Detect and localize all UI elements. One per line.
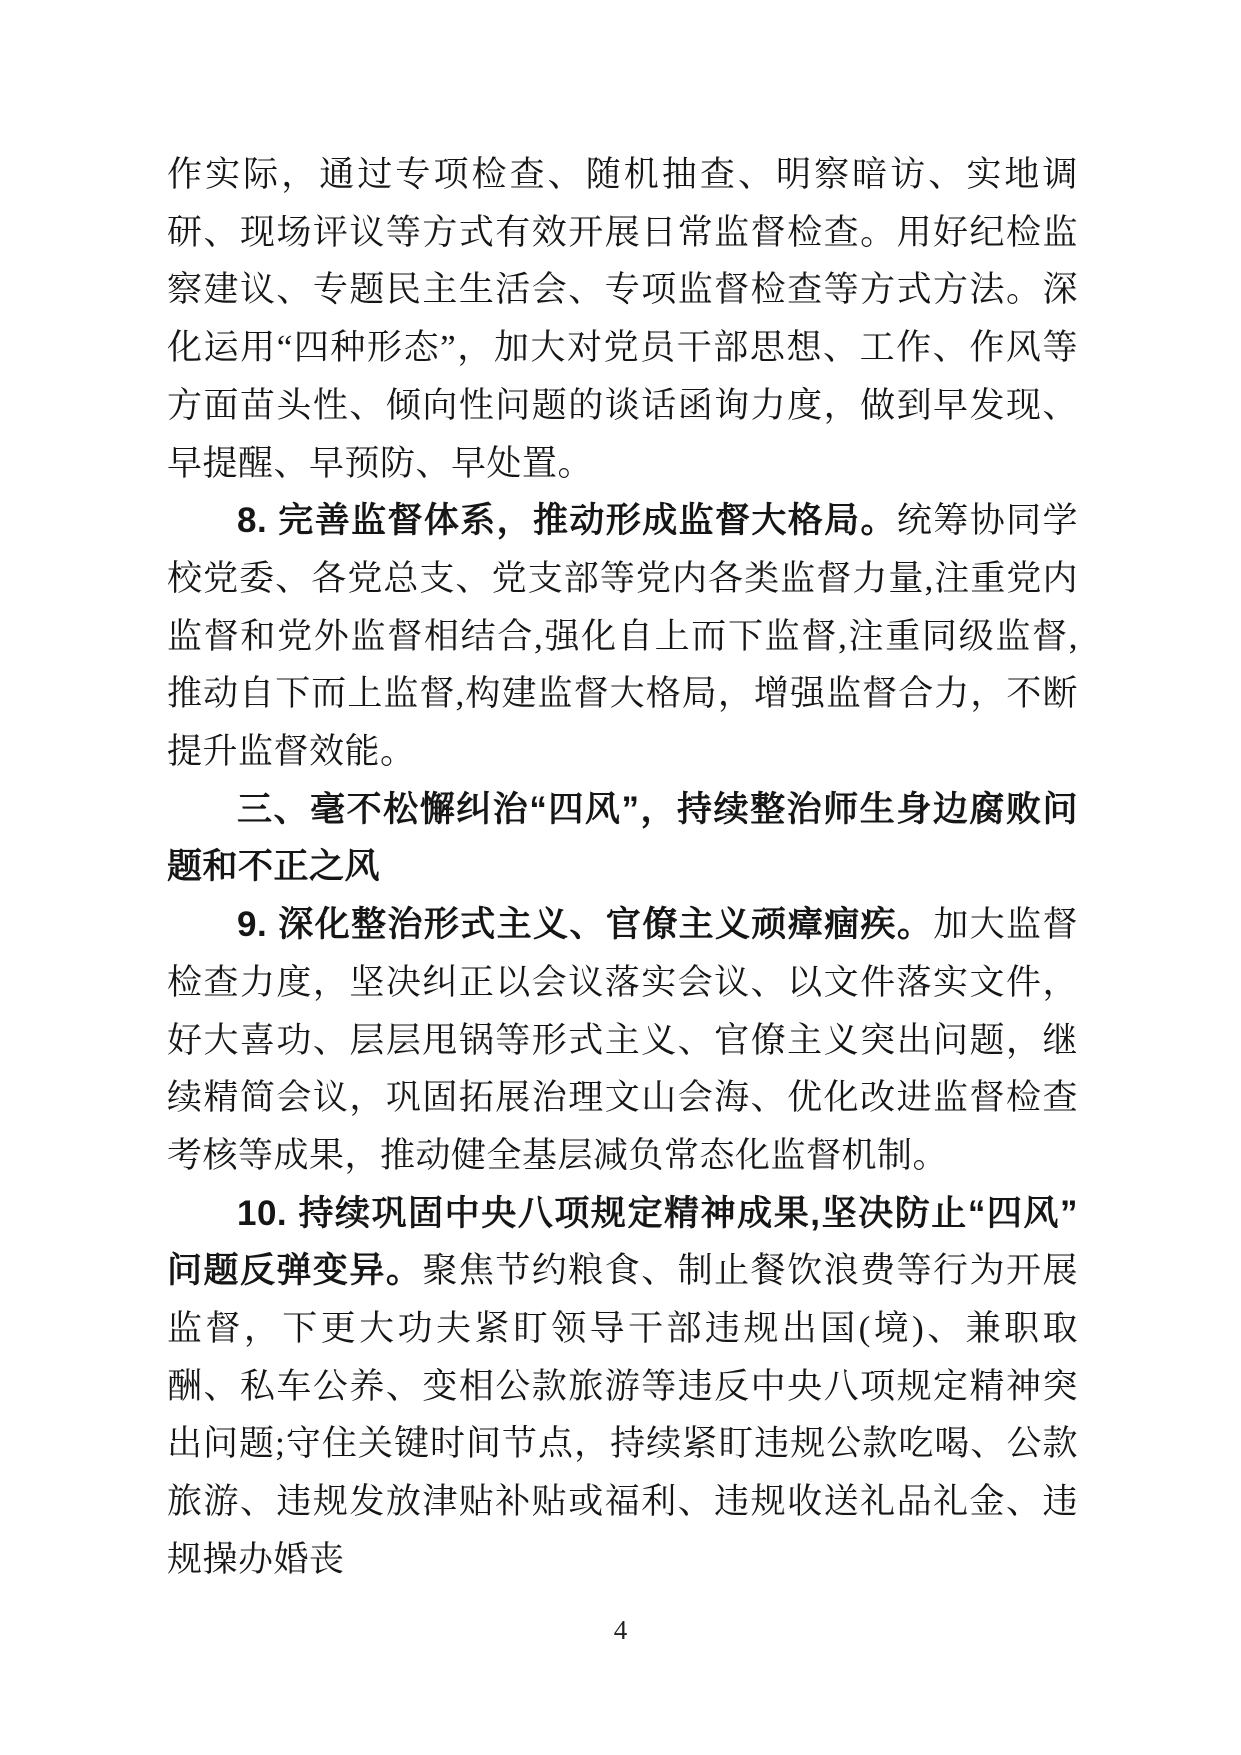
paragraph-item-9: 9. 深化整治形式主义、官僚主义顽瘴痼疾。加大监督检查力度，坚决纠正以会议落实会…: [167, 896, 1078, 1185]
paragraph-item-8: 8. 完善监督体系，推动形成监督大格局。统筹协同学校党委、各党总支、党支部等党内…: [167, 492, 1078, 781]
paragraph-text: 作实际，通过专项检查、随机抽查、明察暗访、实地调研、现场评议等方式有效开展日常监…: [167, 155, 1078, 483]
section-heading-text: 三、毫不松懈纠治“四风”，持续整治师生身边腐败问题和不正之风: [167, 790, 1078, 887]
paragraph-bold-lead: 9. 深化整治形式主义、官僚主义顽瘴痼疾。: [237, 905, 933, 944]
paragraph-continuation: 作实际，通过专项检查、随机抽查、明察暗访、实地调研、现场评议等方式有效开展日常监…: [167, 146, 1078, 492]
page-footer: 4: [0, 1615, 1241, 1646]
paragraph-text: 聚焦节约粮食、制止餐饮浪费等行为开展监督，下更大功夫紧盯领导干部违规出国(境)、…: [167, 1251, 1078, 1579]
paragraph-text: 统筹协同学校党委、各党总支、党支部等党内各类监督力量,注重党内监督和党外监督相结…: [167, 501, 1078, 771]
paragraph-bold-lead: 8. 完善监督体系，推动形成监督大格局。: [237, 501, 897, 540]
document-body: 作实际，通过专项检查、随机抽查、明察暗访、实地调研、现场评议等方式有效开展日常监…: [167, 146, 1078, 1589]
paragraph-item-10: 10. 持续巩固中央八项规定精神成果,坚决防止“四风”问题反弹变异。聚焦节约粮食…: [167, 1185, 1078, 1589]
paragraph-text: 加大监督检查力度，坚决纠正以会议落实会议、以文件落实文件，好大喜功、层层甩锅等形…: [167, 905, 1078, 1175]
page-number: 4: [614, 1615, 628, 1645]
section-heading-three: 三、毫不松懈纠治“四风”，持续整治师生身边腐败问题和不正之风: [167, 781, 1078, 896]
document-page: 作实际，通过专项检查、随机抽查、明察暗访、实地调研、现场评议等方式有效开展日常监…: [0, 0, 1241, 1755]
